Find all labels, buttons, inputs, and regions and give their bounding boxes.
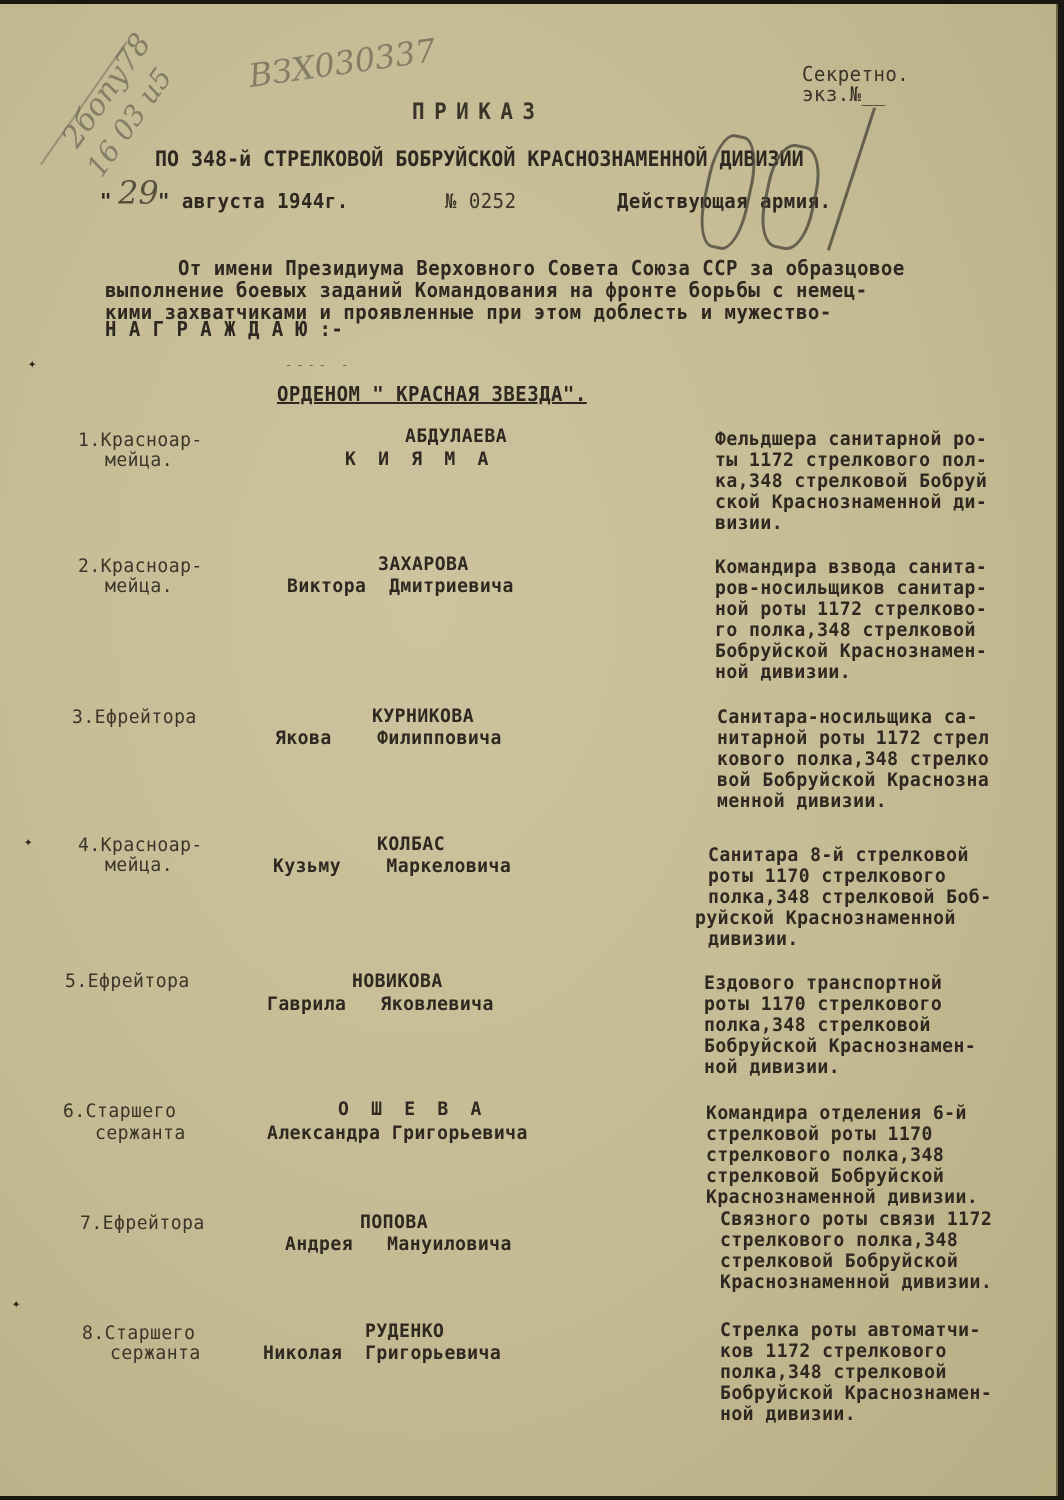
awardee-description: полка,348 стрелковой [704, 1015, 931, 1036]
awardee-description: руйской Краснознаменной [695, 908, 956, 929]
awardee-given-name: Виктора Дмитриевича [287, 574, 514, 598]
awardee-description: Краснознаменной дивизии. [720, 1272, 992, 1293]
awardee-rank: сержанта [95, 1122, 186, 1144]
awardee-description: Ездового транспортной [704, 973, 942, 994]
awardee-description: Санитара 8-й стрелковой [708, 845, 969, 866]
typed-dashes: ---- - [285, 358, 352, 372]
awardee-rank: сержанта [110, 1342, 201, 1364]
awardee-description: Бобруйской Краснознамен- [720, 1383, 992, 1404]
awardee-description: кового полка,348 стрелко [717, 749, 989, 770]
awardee-description: ной роты 1172 стрелково- [715, 599, 987, 620]
awardee-description: вой Бобруйской Краснозна [717, 770, 989, 791]
awardee-description: Бобруйской Краснознамен- [704, 1036, 976, 1057]
awardee-rank: 2.Красноар- [78, 555, 203, 577]
awardee-rank: мейца. [105, 449, 173, 471]
awardee-description: ной дивизии. [720, 1404, 856, 1425]
awardee-description: Краснознаменной дивизии. [706, 1187, 978, 1208]
awardee-description: ской Краснознаменной ди- [715, 492, 987, 513]
award-heading: ОРДЕНОМ " КРАСНАЯ ЗВЕЗДА". [277, 382, 587, 406]
awardee-surname: НОВИКОВА [352, 969, 443, 993]
date-open-quote: " [100, 189, 112, 213]
awardee-surname: ЗАХАРОВА [378, 552, 469, 576]
punch-mark-icon: ✦ [24, 834, 32, 850]
awardee-surname: ПОПОВА [360, 1210, 428, 1234]
awardee-description: нитарной роты 1172 стрел [717, 728, 989, 749]
preamble-line-2: выполнение боевых заданий Командования н… [105, 278, 867, 302]
award-verb: Н А Г Р А Ж Д А Ю :- [105, 317, 343, 341]
awardee-rank: 7.Ефрейтора [80, 1212, 205, 1234]
awardee-rank: 1.Красноар- [78, 429, 203, 451]
awardee-rank: мейца. [105, 854, 173, 876]
awardee-rank: 4.Красноар- [78, 834, 203, 856]
awardee-given-name: Гаврила Яковлевича [267, 992, 494, 1016]
awardee-description: стрелковой Бобруйской [706, 1166, 944, 1187]
awardee-surname: О Ш Е В А [338, 1097, 487, 1121]
awardee-rank: 3.Ефрейтора [72, 706, 197, 728]
archive-number: ВЗХ030337 [246, 31, 438, 95]
awardee-description: ков 1172 стрелкового [720, 1341, 947, 1362]
awardee-description: Санитара-носильщика са- [717, 707, 978, 728]
punch-mark-icon: ✦ [12, 1296, 20, 1312]
awardee-given-name: Кузьму Маркеловича [273, 854, 511, 878]
awardee-surname: РУДЕНКО [365, 1319, 444, 1343]
awardee-rank: мейца. [105, 575, 173, 597]
awardee-given-name: Александра Григорьевича [267, 1121, 528, 1145]
awardee-description: полка,348 стрелковой [720, 1362, 947, 1383]
awardee-rank: 8.Старшего [82, 1322, 195, 1344]
awardee-given-name: К И Я М А [345, 447, 494, 471]
punch-mark-icon: ✦ [28, 356, 36, 372]
preamble-line-1: От имени Президиума Верховного Совета Со… [178, 256, 905, 280]
date-day-handwritten: 29 [118, 174, 159, 212]
awardee-description: ной дивизии. [704, 1057, 840, 1078]
awardee-description: Бобруйской Краснознамен- [715, 641, 987, 662]
awardee-given-name: Андрея Мануиловича [285, 1232, 512, 1256]
awardee-description: ной дивизии. [715, 662, 851, 683]
awardee-description: ров-носильщиков санитар- [715, 578, 987, 599]
awardee-description: стрелкового полка,348 [706, 1145, 944, 1166]
awardee-description: полка,348 стрелковой Боб- [708, 887, 992, 908]
awardee-description: менной дивизии. [717, 791, 887, 812]
awardee-rank: 5.Ефрейтора [65, 970, 190, 992]
awardee-surname: КУРНИКОВА [372, 704, 474, 728]
awardee-surname: КОЛБАС [377, 832, 445, 856]
awardee-description: стрелкового полка,348 [720, 1230, 958, 1251]
awardee-description: Стрелка роты автоматчи- [720, 1320, 981, 1341]
copy-number-label: экз.№__ [802, 82, 885, 106]
awardee-surname: АБДУЛАЕВА [405, 424, 507, 448]
awardee-description: визии. [715, 513, 783, 534]
awardee-description: Фельдшера санитарной ро- [715, 429, 987, 450]
awardee-description: Командира взвода санита- [715, 557, 987, 578]
awardee-description: стрелковой роты 1170 [706, 1124, 933, 1145]
awardee-description: го полка,348 стрелковой [715, 620, 976, 641]
awardee-description: роты 1170 стрелкового [704, 994, 942, 1015]
date-text: " августа 1944г. [158, 189, 349, 213]
awardee-given-name: Николая Григорьевича [263, 1341, 501, 1365]
awardee-description: дивизии. [708, 929, 799, 950]
document-subtitle: ПО 348-й СТРЕЛКОВОЙ БОБРУЙСКОЙ КРАСНОЗНА… [155, 147, 804, 171]
awardee-description: роты 1170 стрелкового [708, 866, 946, 887]
document-title: ПРИКАЗ [412, 100, 545, 125]
awardee-description: стрелковой Бобруйской [720, 1251, 958, 1272]
awardee-description: Связного роты связи 1172 [720, 1209, 992, 1230]
awardee-description: ка,348 стрелковой Бобруй [715, 471, 987, 492]
order-document-page: 2бопу78 16 03 и5 ВЗХ030337 Секретно. экз… [0, 4, 1058, 1496]
pen-scrawl-stroke [827, 107, 876, 251]
awardee-given-name: Якова Филипповича [275, 726, 502, 750]
awardee-description: Командира отделения 6-й [706, 1103, 967, 1124]
awardee-rank: 6.Старшего [63, 1100, 176, 1122]
awardee-description: ты 1172 стрелкового пол- [715, 450, 987, 471]
order-number: № 0252 [445, 189, 516, 213]
